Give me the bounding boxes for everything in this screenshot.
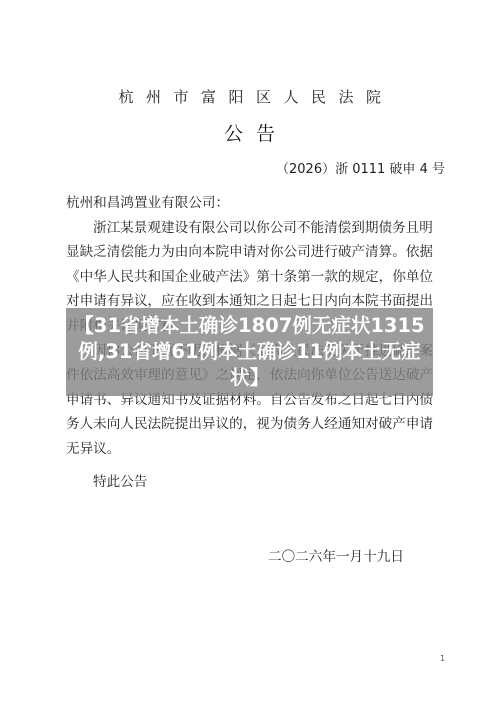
court-name: 杭州市富阳区人民法院 xyxy=(0,86,500,107)
document-page: 杭州市富阳区人民法院 公告 （2026）浙 0111 破申 4 号 杭州和昌鸿置… xyxy=(0,0,500,706)
document-date: 二〇二六年一月十九日 xyxy=(268,545,404,565)
case-number: （2026）浙 0111 破申 4 号 xyxy=(276,158,445,177)
addressee: 杭州和昌鸿置业有限公司： xyxy=(66,191,438,216)
headline-overlay-banner[interactable]: 【31省增本土确诊1807例无症状1315例,31省增61例本土确诊11例本土无… xyxy=(66,308,433,396)
closing-statement: 特此公告 xyxy=(93,470,147,490)
page-number: 1 xyxy=(440,654,445,663)
headline-text: 【31省增本土确诊1807例无症状1315例,31省增61例本土确诊11例本土无… xyxy=(70,313,430,391)
document-title: 公告 xyxy=(0,119,500,146)
